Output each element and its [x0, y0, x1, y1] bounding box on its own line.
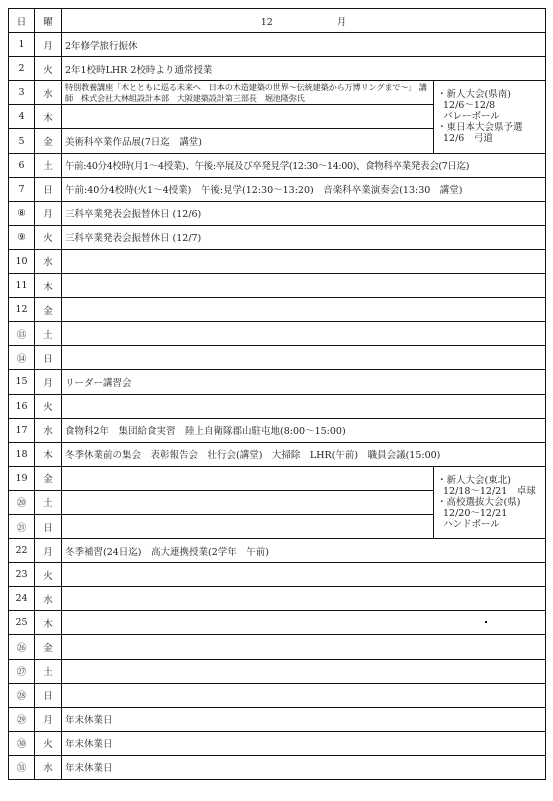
event-text [62, 249, 546, 273]
day-number: ⑧ [9, 201, 35, 225]
side-note-tournaments-1: ・新人大会(県南) 12/6～12/8 バレーボール ・東日本大会県予選 12/… [434, 81, 546, 153]
table-row: ⑧ 月 三科卒業発表会振替休日 (12/6) [9, 201, 546, 225]
event-text: 年末休業日 [62, 755, 546, 779]
day-number: ㉘ [9, 683, 35, 707]
weekday: 水 [35, 81, 62, 105]
side-note-line: ハンドボール [437, 519, 545, 530]
day-number: 16 [9, 394, 35, 418]
day-number: 3 [9, 81, 35, 105]
weekday: 月 [35, 33, 62, 57]
table-row: ㉚ 火 年末休業日 [9, 731, 546, 755]
event-text [62, 683, 546, 707]
weekday: 土 [35, 153, 62, 177]
weekday: 木 [35, 611, 62, 635]
day-number: ㉚ [9, 731, 35, 755]
event-text: リーダー講習会 [62, 370, 546, 394]
event-text: 三科卒業発表会振替休日 (12/7) [62, 225, 546, 249]
table-row: ㉘ 日 [9, 683, 546, 707]
table-row: 17 水 食物科2年 集団給食実習 陸上自衛隊郡山駐屯地(8:00～15:00) [9, 418, 546, 442]
day-number: 24 [9, 587, 35, 611]
weekday: 金 [35, 635, 62, 659]
event-text [62, 322, 546, 346]
event-text [62, 563, 546, 587]
table-row: 10 水 [9, 249, 546, 273]
day-number: ㉑ [9, 514, 35, 538]
event-text: 2年修学旅行振休 [62, 33, 546, 57]
day-number: 17 [9, 418, 35, 442]
table-row: 19 金 ・新人大会(東北) 12/18～12/21 卓球 ・高校選抜大会(県)… [9, 466, 546, 490]
event-text: 午前:40分4校時(月1～4授業)、午後:卒展及び卒発見学(12:30～14:0… [62, 153, 546, 177]
table-row: 15 月 リーダー講習会 [9, 370, 546, 394]
day-number: 18 [9, 442, 35, 466]
weekday: 木 [35, 274, 62, 298]
event-text [62, 514, 434, 538]
weekday: 日 [35, 514, 62, 538]
table-row: ㉖ 金 [9, 635, 546, 659]
day-number: ⑬ [9, 322, 35, 346]
weekday: 火 [35, 57, 62, 81]
weekday: 月 [35, 707, 62, 731]
weekday: 水 [35, 249, 62, 273]
december-schedule-sheet: 日 曜 12月 1 月 2年修学旅行振休 2 火 2年1校時LHR 2校時より通… [8, 8, 545, 792]
day-number: ㉙ [9, 707, 35, 731]
weekday: 土 [35, 490, 62, 514]
weekday: 水 [35, 418, 62, 442]
day-number: 2 [9, 57, 35, 81]
day-number: ⑭ [9, 346, 35, 370]
table-row: 23 火 [9, 563, 546, 587]
event-text [62, 490, 434, 514]
side-note-line: 12/18～12/21 卓球 [437, 486, 545, 497]
day-number: 5 [9, 129, 35, 153]
weekday: 水 [35, 587, 62, 611]
event-text: 特別教養講座「木とともに巡る未来へ 日本の木造建築の世界～伝統建築から万博リング… [62, 81, 434, 105]
table-row: ㉗ 土 [9, 659, 546, 683]
side-note-line: バレーボール [437, 111, 545, 122]
event-text [62, 611, 546, 635]
table-row: ㉙ 月 年末休業日 [9, 707, 546, 731]
table-row: 11 木 [9, 274, 546, 298]
event-text [62, 466, 434, 490]
header-row: 日 曜 12月 [9, 9, 546, 33]
day-number: 12 [9, 298, 35, 322]
day-number: 10 [9, 249, 35, 273]
event-text: 冬季休業前の集会 表彰報告会 壮行会(講堂) 大掃除 LHR(午前) 職員会議(… [62, 442, 546, 466]
side-note-line: 12/6 弓道 [437, 133, 545, 144]
weekday: 木 [35, 442, 62, 466]
weekday: 日 [35, 683, 62, 707]
month-number: 12 [261, 17, 273, 28]
day-number: ㉗ [9, 659, 35, 683]
table-row: 7 日 午前:40分4校時(火1～4授業) 午後:見学(12:30～13:20)… [9, 177, 546, 201]
weekday-column-header: 曜 [35, 9, 62, 33]
weekday: 土 [35, 659, 62, 683]
event-text [62, 346, 546, 370]
day-number: 11 [9, 274, 35, 298]
day-number: ⑳ [9, 490, 35, 514]
side-note-line: ・東日本大会県予選 [437, 122, 545, 133]
event-text [62, 587, 546, 611]
event-text [62, 635, 546, 659]
month-title: 12月 [62, 9, 546, 33]
event-text: 年末休業日 [62, 707, 546, 731]
day-number: 22 [9, 539, 35, 563]
day-number: 25 [9, 611, 35, 635]
table-row: ⑭ 日 [9, 346, 546, 370]
day-number: ㉖ [9, 635, 35, 659]
day-number: 7 [9, 177, 35, 201]
day-number: 23 [9, 563, 35, 587]
event-text: 食物科2年 集団給食実習 陸上自衛隊郡山駐屯地(8:00～15:00) [62, 418, 546, 442]
weekday: 水 [35, 755, 62, 779]
day-number: ㉛ [9, 755, 35, 779]
day-number: 15 [9, 370, 35, 394]
stray-dot-mark [485, 621, 487, 623]
weekday: 土 [35, 322, 62, 346]
table-row: 1 月 2年修学旅行振休 [9, 33, 546, 57]
day-number: ⑨ [9, 225, 35, 249]
table-row: 2 火 2年1校時LHR 2校時より通常授業 [9, 57, 546, 81]
day-number: 19 [9, 466, 35, 490]
table-row: 18 木 冬季休業前の集会 表彰報告会 壮行会(講堂) 大掃除 LHR(午前) … [9, 442, 546, 466]
weekday: 金 [35, 298, 62, 322]
event-text: 冬季補習(24日迄) 高大連携授業(2学年 午前) [62, 539, 546, 563]
weekday: 火 [35, 563, 62, 587]
event-text [62, 394, 546, 418]
table-row: 16 火 [9, 394, 546, 418]
event-text: 2年1校時LHR 2校時より通常授業 [62, 57, 546, 81]
table-row: ⑨ 火 三科卒業発表会振替休日 (12/7) [9, 225, 546, 249]
side-note-line: 12/20～12/21 [437, 508, 545, 519]
day-column-header: 日 [9, 9, 35, 33]
side-note-line: ・新人大会(県南) [437, 89, 545, 100]
table-row: ⑬ 土 [9, 322, 546, 346]
month-label: 月 [337, 14, 347, 28]
weekday: 日 [35, 177, 62, 201]
weekday: 火 [35, 225, 62, 249]
table-row: 6 土 午前:40分4校時(月1～4授業)、午後:卒展及び卒発見学(12:30～… [9, 153, 546, 177]
table-row: ㉛ 水 年末休業日 [9, 755, 546, 779]
table-row: 12 金 [9, 298, 546, 322]
schedule-table: 日 曜 12月 1 月 2年修学旅行振休 2 火 2年1校時LHR 2校時より通… [8, 8, 546, 780]
side-note-line: ・高校選抜大会(県) [437, 497, 545, 508]
day-number: 1 [9, 33, 35, 57]
weekday: 火 [35, 394, 62, 418]
weekday: 月 [35, 370, 62, 394]
weekday: 日 [35, 346, 62, 370]
weekday: 金 [35, 466, 62, 490]
table-row: 24 水 [9, 587, 546, 611]
event-text [62, 274, 546, 298]
weekday: 月 [35, 539, 62, 563]
event-text: 年末休業日 [62, 731, 546, 755]
weekday: 金 [35, 129, 62, 153]
table-row: 25 木 [9, 611, 546, 635]
day-number: 6 [9, 153, 35, 177]
day-number: 4 [9, 105, 35, 129]
weekday: 月 [35, 201, 62, 225]
event-text: 美術科卒業作品展(7日迄 講堂) [62, 129, 434, 153]
event-text [62, 659, 546, 683]
event-text [62, 298, 546, 322]
event-text: 午前:40分4校時(火1～4授業) 午後:見学(12:30～13:20) 音楽科… [62, 177, 546, 201]
weekday: 火 [35, 731, 62, 755]
table-row: 22 月 冬季補習(24日迄) 高大連携授業(2学年 午前) [9, 539, 546, 563]
event-text: 三科卒業発表会振替休日 (12/6) [62, 201, 546, 225]
event-text [62, 105, 434, 129]
side-note-tournaments-2: ・新人大会(東北) 12/18～12/21 卓球 ・高校選抜大会(県) 12/2… [434, 466, 546, 538]
side-note-line: 12/6～12/8 [437, 100, 545, 111]
weekday: 木 [35, 105, 62, 129]
table-row: 3 水 特別教養講座「木とともに巡る未来へ 日本の木造建築の世界～伝統建築から万… [9, 81, 546, 105]
side-note-line: ・新人大会(東北) [437, 475, 545, 486]
